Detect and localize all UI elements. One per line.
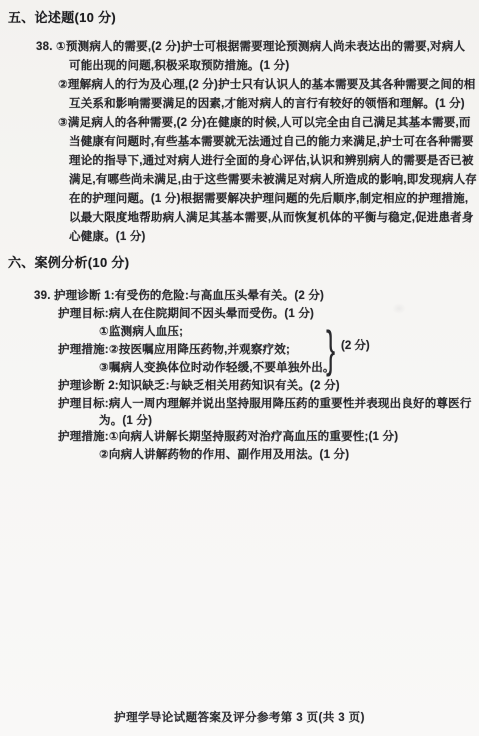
case-answer-line: 护理措施:②按医嘱应用降压药物,并观察疗效; [58, 343, 290, 357]
essay-answer-line: 在的护理问题。(1 分)根据需要解决护理问题的先后顺序,制定相应的护理措施, [69, 192, 468, 206]
case-answer-line: 护理措施:①向病人讲解长期坚持服药对治疗高血压的重要性;(1 分) [58, 430, 398, 444]
case-answer-line: 护理诊断 2:知识缺乏:与缺乏相关用药知识有关。(2 分) [58, 379, 340, 393]
essay-answer-line: 38. ①预测病人的需要,(2 分)护士可根据需要理论预测病人尚未表达出的需要,… [36, 40, 465, 54]
case-answer-line: 为。(1 分) [99, 414, 152, 428]
essay-answer-line: 以最大限度地帮助病人满足其基本需要,从而恢复机体的平衡与稳定,促进患者身 [69, 211, 474, 225]
essay-answer-line: ③满足病人的各种需要,(2 分)在健康的时候,人可以完全由自己满足其基本需要,而 [58, 116, 471, 130]
scan-smudge-artifact [392, 303, 406, 314]
scanned-answer-page: 五、论述题(10 分) 38. ①预测病人的需要,(2 分)护士可根据需要理论预… [0, 0, 479, 736]
case-answer-line: ③嘱病人变换体位时动作轻缓,不要单独外出。 [99, 361, 335, 375]
case-answer-line: ①监测病人血压; [99, 325, 183, 339]
section-heading-essay: 五、论述题(10 分) [8, 7, 116, 26]
essay-answer-line: ②理解病人的行为及心理,(2 分)护士只有认识人的基本需要及其各种需要之间的相 [58, 78, 475, 92]
essay-answer-line: 可能出现的问题,积极采取预防措施。(1 分) [69, 59, 289, 73]
essay-answer-line: 当健康有问题时,有些基本需要就无法通过自己的能力来满足,护士可在各种需要 [69, 135, 474, 149]
case-answer-line: 39. 护理诊断 1:有受伤的危险:与高血压头晕有关。(2 分) [34, 289, 324, 303]
case-answer-line: 护理目标:病人一周内理解并说出坚持服用降压药的重要性并表现出良好的尊医行 [58, 397, 472, 411]
page-footer: 护理学导论试题答案及评分参考第 3 页(共 3 页) [0, 709, 479, 725]
essay-answer-line: 满足,有哪些尚未满足,由于这些需要未被满足对病人所造成的影响,即发现病人存 [69, 173, 477, 187]
essay-answer-line: 理论的指导下,通过对病人进行全面的身心评估,认识和辨别病人的需要是否已被 [69, 154, 474, 168]
brace-score-label: (2 分) [341, 337, 370, 353]
essay-answer-line: 互关系和影响需要满足的因素,才能对病人的言行有较好的领悟和理解。(1 分) [69, 97, 465, 111]
essay-answer-line: 心健康。(1 分) [69, 230, 146, 244]
section-heading-case-analysis: 六、案例分析(10 分) [8, 252, 129, 271]
case-answer-line: 护理目标:病人在住院期间不因头晕而受伤。(1 分) [58, 307, 314, 321]
grouping-brace: } [326, 327, 335, 371]
case-answer-line: ②向病人讲解药物的作用、副作用及用法。(1 分) [99, 448, 349, 462]
